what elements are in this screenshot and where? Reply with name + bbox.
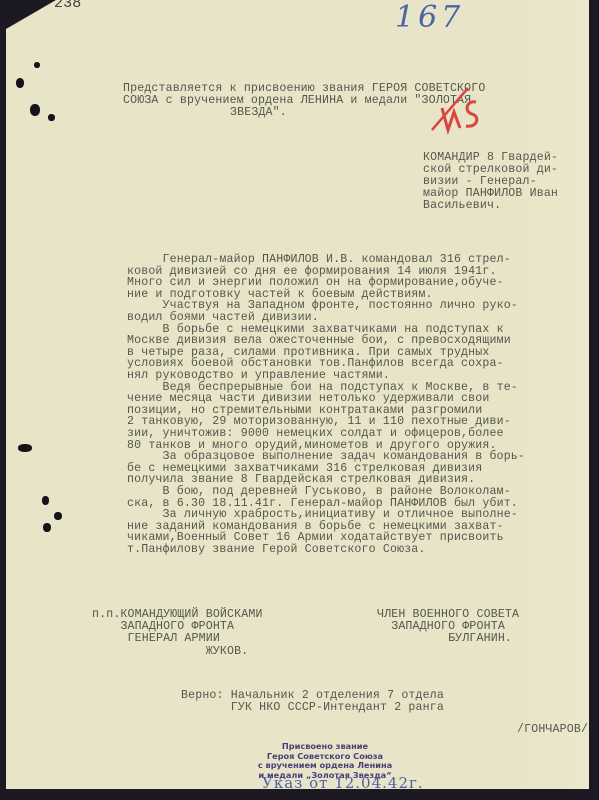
certification-line: ГУК НКО СССР-Интендант 2 ранга xyxy=(181,702,444,714)
punch-hole xyxy=(34,62,40,68)
punch-hole xyxy=(18,444,32,452)
handwritten-decree-note: Указ от 12.04.42г. xyxy=(262,774,424,792)
signature-line: БУЛГАНИН. xyxy=(377,633,512,645)
punch-hole xyxy=(42,496,49,505)
archive-stamp-number: 238 xyxy=(54,0,81,10)
signature-line: ГЕНЕРАЛ АРМИИ xyxy=(92,633,220,645)
punch-hole xyxy=(54,512,62,520)
handwritten-page-number: 167 xyxy=(395,0,464,35)
punch-hole xyxy=(16,78,24,88)
certification-signatory: /ГОНЧАРОВ/ xyxy=(517,724,588,736)
header-line: ЗВЕЗДА". xyxy=(230,107,287,119)
header-line: СОЮЗА с вручением ордена ЛЕНИНА и медали… xyxy=(123,95,471,107)
body-line: т.Панфилову звание Герой Советского Союз… xyxy=(127,544,426,556)
punch-hole xyxy=(48,114,55,121)
signature-line: ЖУКОВ. xyxy=(92,646,248,658)
punch-hole xyxy=(43,523,51,532)
punch-hole xyxy=(30,104,40,116)
nominee-line: Васильевич. xyxy=(423,200,501,212)
red-pencil-mark xyxy=(428,80,483,135)
